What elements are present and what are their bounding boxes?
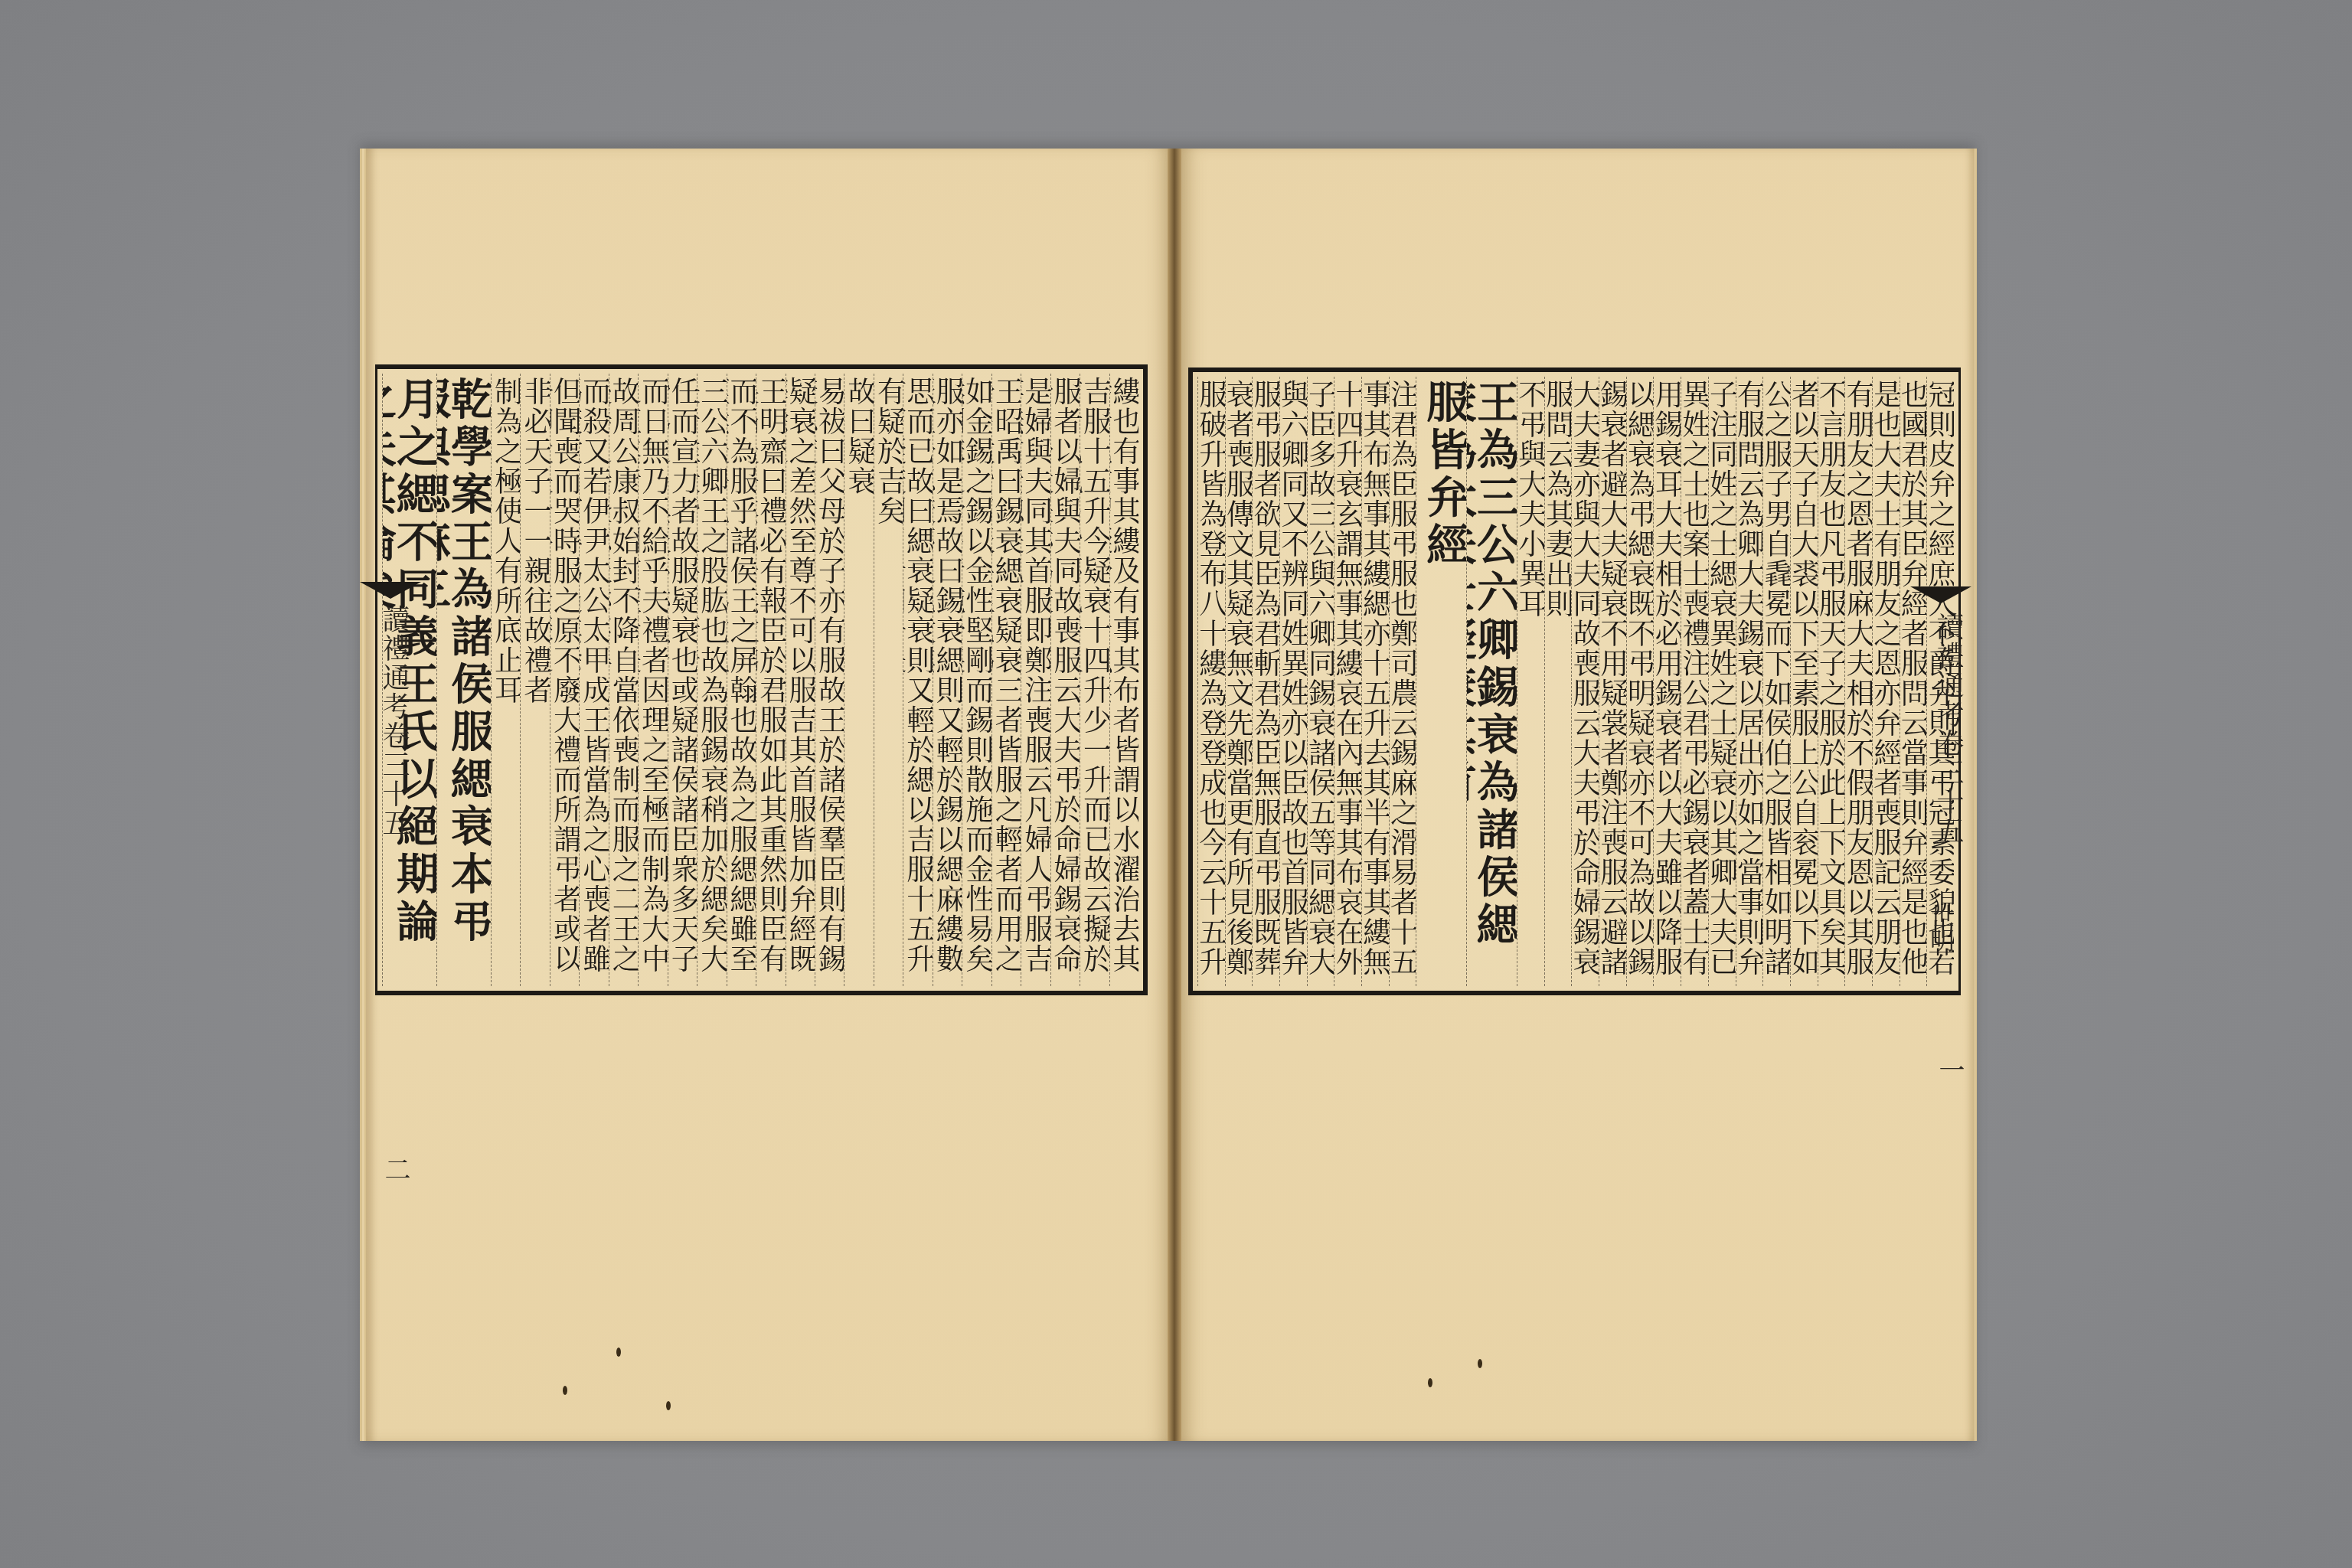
commentary-column: 注君為臣服弔服也鄭司農云錫麻之滑易者十五升去其半有 xyxy=(1389,377,1416,986)
commentary-column: 易祓曰父母於子亦有服故王於諸侯羣臣則有錫衰緦衰 xyxy=(815,374,844,986)
right-print-block: 冠則皮弁之經庶人不爵弁則其弔冠素委貌也若然士與庶人服同冠弁則異也國君於其臣弁經者… xyxy=(1188,367,1961,995)
commentary-column: 而日無乃不給乎夫禮者因理之至極而制為大中之矩其行之則有權焉是 xyxy=(638,374,667,986)
commentary-column: 公之服子男自毳冕而下如侯伯之服皆相如明諸侯三衰皆有但所用據文唯 xyxy=(1762,377,1790,986)
fishtail-mark-icon xyxy=(1910,586,1971,603)
commentary-column: 用錫衰耳大夫相於必用錫衰者以大夫雖以降服仍有小功降至緦麻則不得 xyxy=(1653,377,1681,986)
bottom-margin-mark: 世明 xyxy=(1923,903,1958,952)
commentary-column: 子注同姓之士緦衰異姓之士疑衰以其卿大夫已用錫衰故以二衰施於同姓 xyxy=(1708,377,1736,986)
commentary-column: 是婦與夫同其首服即鄭注喪服云凡婦人弔服吉笄無首素總是也 xyxy=(1021,374,1050,986)
commentary-column: 而不為服乎諸侯王之屏翰也故為之服緦緦雖至輕然天子絕期則為重也 xyxy=(727,374,756,986)
commentary-column: 是也大夫士有朋友之恩亦弁經者喪服記云朋友麻故知大夫於士士自相於 xyxy=(1872,377,1900,986)
commentary-column: 服弔服者欲見臣為君斬君為臣無服直弔服既葬除之而已鄭司農解錫衰緦 xyxy=(1252,377,1279,986)
commentary-column: 大夫妻亦與大夫同故喪服云大夫弔於命婦錫衰命婦弔於大夫亦錫衰是也 xyxy=(1571,377,1599,986)
commentary-column: 者以天子自大裘以下至素服上公自衮冕以下如王之服侯伯自鷩冕而下如 xyxy=(1790,377,1818,986)
commentary-column: 故周公康叔始封不降自當依喪制而服之二王之後待之特隆緦服亦不得 xyxy=(609,374,638,986)
commentary-column: 十四升衰玄謂無事其縷哀在內無事其布哀在外疑之言擬也擬於吉（）跡大 xyxy=(1334,377,1361,986)
commentary-column: 但聞喪而哭時服之原不廢大禮而所謂弔者或以公卿大夫士爵同者攝之 xyxy=(550,374,579,986)
commentary-column: 如金錫之錫以金性堅剛而錫則散施而金性易矣然則麻之滑易者施於喪 xyxy=(962,374,991,986)
right-text-columns: 冠則皮弁之經庶人不爵弁則其弔冠素委貌也若然士與庶人服同冠弁則異也國君於其臣弁經者… xyxy=(1197,377,1954,986)
commentary-column: 王明齋曰禮必有報臣於君服如此其重然則臣有喪禍天子其忍居然衣錦 xyxy=(756,374,785,986)
main-text-column: 服皆弁經 xyxy=(1416,377,1466,986)
commentary-column: 衰者喪服傳文其疑衰無文先鄭當更有所見後鄭皆從但增成其義耳鄭注喪 xyxy=(1225,377,1253,986)
paper-speck xyxy=(616,1347,621,1357)
left-text-columns: 縷也有事其縷及有事其布者皆謂以水濯治去其垢者也玄謂擬於吉者以其吉服十五升今疑衰十… xyxy=(382,374,1138,986)
commentary-column: 不弔與大夫小異耳 xyxy=(1517,377,1544,986)
folio-number-left: 二 xyxy=(377,1156,414,1182)
commentary-column: 任而宣力者故服疑衰也或疑諸侯諸臣衆多天子皆為之弔與服不亦煩勞 xyxy=(668,374,697,986)
main-text-column: 乾學案王為諸侯服緦衰本弔服與緦麻三 xyxy=(436,374,491,986)
commentary-column: 不言朋友也凡弔服天子之服於此上下文具矣其諸侯弔服亦應三衰俱有知 xyxy=(1818,377,1845,986)
commentary-column: 有疑於吉矣 xyxy=(874,374,903,986)
banxin-title-right: 讀禮通考卷三十五 xyxy=(1922,612,1968,845)
commentary-column: 有朋友之恩者服麻大夫相於不假朋友恩以其服問卿大夫相為亦錫衰弁經 xyxy=(1844,377,1872,986)
commentary-column: 三公六卿王之股肱也故為服錫衰稍加於緦矣大夫士雖衆皆王平日所倚 xyxy=(697,374,726,986)
commentary-column: 制為之極使人有所底止耳 xyxy=(491,374,520,986)
commentary-column: 錫衰者避大夫疑衰不用疑裳者鄭注喪服云避諸侯也凡弔服皆既葬除之其 xyxy=(1599,377,1626,986)
commentary-column: 思而已故曰緦衰疑衰則又輕於緦以吉服十五升布而疑衰則用十四升是 xyxy=(903,374,932,986)
folio-number-right: 一 xyxy=(1931,1057,1968,1083)
fishtail-mark-icon xyxy=(360,582,421,599)
paper-speck xyxy=(563,1386,567,1395)
paper-speck xyxy=(666,1401,671,1410)
commentary-column: 事其布無事其縷緦亦十五升去其半有事其縷無事其布疑衰 xyxy=(1361,377,1389,986)
commentary-column: 服破升皆為登布八十縷為登登成也今云十五升則千二百縷去其半則六百 xyxy=(1197,377,1225,986)
paper-speck xyxy=(1428,1378,1432,1387)
paper-speck xyxy=(1478,1359,1482,1368)
commentary-column: 與六卿同又不辨同姓異姓亦以臣故也首服皆弁經者三衰同皆弁經君為臣 xyxy=(1279,377,1307,986)
commentary-column: 縷也有事其縷及有事其布者皆謂以水濯治去其垢者也玄謂擬於吉者以其 xyxy=(1109,374,1138,986)
commentary-column: 服者以婦與夫同故喪服云大夫弔於命婦錫衰命婦弔於大夫亦錫衰 xyxy=(1050,374,1080,986)
commentary-column: 子臣多故三公與六卿同錫衰諸侯五等同緦衰大夫與士同疑衰不見一孤者 xyxy=(1307,377,1334,986)
commentary-column: 疑衰之差然至尊不可以服吉其首服皆加弁經既葬除之 xyxy=(786,374,815,986)
commentary-column: 王昭禹曰錫衰緦衰疑衰三者皆服之輕者而用之於弔故皆同服弁經也錫 xyxy=(991,374,1021,986)
book-gutter xyxy=(1168,149,1181,1441)
left-print-block: 縷也有事其縷及有事其布者皆謂以水濯治去其垢者也玄謂擬於吉者以其吉服十五升今疑衰十… xyxy=(375,364,1148,995)
commentary-column: 故曰疑衰 xyxy=(844,374,873,986)
commentary-column: 以緦衰為弔緦衰既不弔明疑衰亦不可為故以錫衰為弔服也士之弔服不用 xyxy=(1626,377,1654,986)
commentary-column: 異姓之士也案士喪禮注公君弔必錫衰者蓋士有朋友之恩者加之與大夫同 xyxy=(1681,377,1708,986)
commentary-column: 吉服十五升今疑衰十四升少一升而已故云擬於吉者也凡弔皆不見婦人弔 xyxy=(1080,374,1109,986)
commentary-column: 服亦如是焉故曰錫衰緦則又輕於錫以緦麻縷數服至於緦衰不足也致其 xyxy=(933,374,962,986)
commentary-column: 有服問云為卿大夫錫衰以居出亦如之當事則弁經其用緦衰疑衰則文王世 xyxy=(1736,377,1763,986)
banxin-title-left: 讀禮通考卷三十五 xyxy=(367,605,413,838)
main-text-column: 王為三公六卿錫衰為諸侯緦衰為大夫士疑衰其首 xyxy=(1466,377,1517,986)
commentary-column: 而殺又若伊尹太公太甲成王皆當為之心喪者雖錫衰數月何得為過其餘 xyxy=(579,374,608,986)
commentary-column: 服問云為其妻出則 xyxy=(1544,377,1572,986)
commentary-column: 非必天子一一親往故禮者 xyxy=(520,374,549,986)
